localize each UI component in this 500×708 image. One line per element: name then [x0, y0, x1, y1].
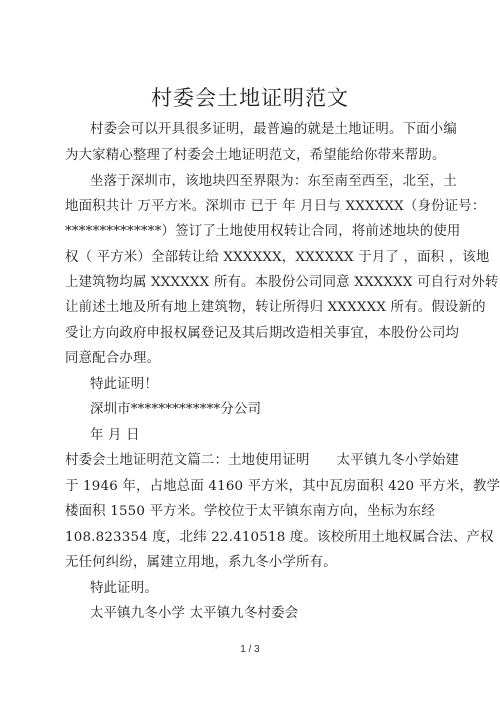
paragraph-line: 村委会土地证明范文篇二：土地使用证明 太平镇九冬小学始建 [65, 452, 437, 470]
paragraph-line: 为大家精心整理了村委会土地证明范文，希望能给你带来帮助。 [65, 147, 437, 165]
signature-company: 深圳市*************分公司 [90, 401, 462, 419]
paragraph-line: 村委会可以开具很多证明，最普遍的就是土地证明。下面小编 [90, 121, 462, 139]
signature-date: 年 月 日 [90, 427, 462, 445]
paragraph-line: 地面积共计 万平方米。深圳市 已于 年 月日与 XXXXXX（身份证号： [65, 198, 437, 216]
paragraph-line: 受让方向政府申报权属登记及其后期改造相关事宜，本股份公司均 [65, 325, 437, 343]
paragraph-line: 同意配合办理。 [65, 350, 437, 368]
paragraph-line: 上建筑物均属 XXXXXX 所有。本股份公司同意 XXXXXX 可自行对外转 [65, 274, 437, 292]
paragraph-line: 108.823354 度，北纬 22.410518 度。该校所用土地权属合法、产… [65, 529, 437, 547]
closing-statement: 特此证明！ [90, 376, 462, 394]
paragraph-line: 让前述土地及所有地上建筑物，转让所得归 XXXXXX 所有。假设新的 [65, 299, 437, 317]
document-title: 村委会土地证明范文 [0, 82, 500, 112]
paragraph-line: 无任何纠纷，属建立用地，系九冬小学所有。 [65, 554, 437, 572]
paragraph-line: 坐落于深圳市，该地块四至界限为：东至南至西至，北至，土 [90, 173, 462, 191]
closing-statement: 特此证明。 [90, 580, 462, 598]
paragraph-line: 楼面积 1550 平方米。学校位于太平镇东南方向，坐标为东经 [65, 503, 437, 521]
signature-parties: 太平镇九冬小学 太平镇九冬村委会 [90, 605, 462, 623]
document-page: 村委会土地证明范文 村委会可以开具很多证明，最普遍的就是土地证明。下面小编 为大… [0, 0, 500, 708]
paragraph-line: 于 1946 年，占地总面 4160 平方米，其中瓦房面积 420 平方米，教学 [65, 478, 437, 496]
page-indicator: 1 / 3 [0, 644, 500, 655]
paragraph-line: **************）签订了土地使用权转让合同，将前述地块的使用 [65, 223, 437, 241]
paragraph-line: 权（ 平方米）全部转让给 XXXXXX，XXXXXX 于月了 ，面积 ，该地 [65, 249, 437, 267]
